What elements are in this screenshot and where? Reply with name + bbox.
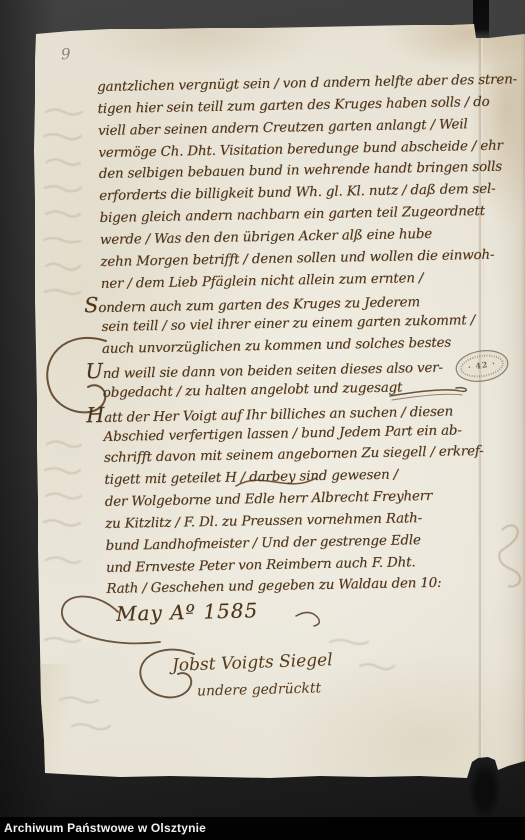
manuscript-page: 9 gantzlichen vergnügt sein / von d ande… [0, 0, 525, 840]
archive-caption-label: Archiwum Państwowe w Olsztynie [4, 817, 206, 840]
page-gap-shadow-top [473, 0, 489, 39]
ink-flourishes [0, 0, 525, 840]
archive-scan-viewport: 9 gantzlichen vergnügt sein / von d ande… [0, 0, 525, 840]
archive-caption-bar: Archiwum Państwowe w Olsztynie [0, 817, 525, 840]
